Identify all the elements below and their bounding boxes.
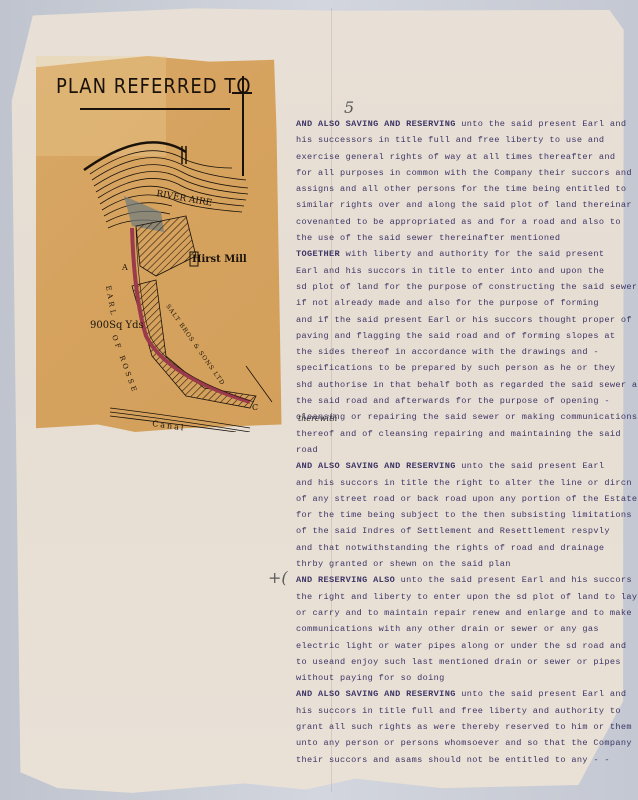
text-line: the said road and afterwards for the pur… [296, 393, 626, 409]
text-line: their succors and asams should not be en… [296, 752, 626, 768]
text-line: or carry and to maintain repair renew an… [296, 605, 626, 621]
text-line: TOGETHER with liberty and authority for … [296, 246, 626, 262]
text-line: specifications to be prepared by such pe… [296, 360, 626, 376]
typewritten-body: AND ALSO SAVING AND RESERVING unto the s… [296, 116, 626, 768]
text-line: AND ALSO SAVING AND RESERVING unto the s… [296, 116, 626, 132]
text-line: AND RESERVING ALSO unto the said present… [296, 572, 626, 588]
text-line: shd authorise in that behalf both as reg… [296, 377, 626, 393]
text-line: the sides thereof in accordance with the… [296, 344, 626, 360]
text-line: electric light or water pipes along or u… [296, 638, 626, 654]
text-line: thrby granted or shewn on the said plan [296, 556, 626, 572]
text-line: covenanted to be appropriated as and for… [296, 214, 626, 230]
text-line: communications with any other drain or s… [296, 621, 626, 637]
svg-text:EARL: EARL [104, 285, 117, 318]
text-line: exercise general rights of way at all ti… [296, 149, 626, 165]
svg-text:A: A [121, 263, 128, 272]
river-contours [84, 142, 248, 228]
svg-text:C: C [252, 403, 258, 412]
text-line: and that notwithstanding the rights of r… [296, 540, 626, 556]
text-line: thereof and of cleansing repairing and m… [296, 426, 626, 442]
text-line: the right and liberty to enter upon the … [296, 589, 626, 605]
text-line: his succors in title full and free liber… [296, 703, 626, 719]
svg-text:RIVER AIRE: RIVER AIRE [155, 189, 212, 209]
text-line: AND ALSO SAVING AND RESERVING unto the s… [296, 686, 626, 702]
text-line: assigns and all other persons for the ti… [296, 181, 626, 197]
svg-text:900Sq Yds: 900Sq Yds [90, 320, 144, 331]
svg-text:OF ROSSE: OF ROSSE [110, 334, 139, 395]
text-line: his successors in title full and free li… [296, 132, 626, 148]
text-line: and if the said present Earl or his succ… [296, 312, 626, 328]
text-line: Earl and his succors in title to enter i… [296, 263, 626, 279]
text-line: cleansing or repairing the said sewer or… [296, 409, 626, 425]
text-line: without paying for so doing [296, 670, 626, 686]
text-line: of any street road or back road upon any… [296, 491, 626, 507]
text-line: for the time being subject to the then s… [296, 507, 626, 523]
text-line: of the said Indres of Settlement and Res… [296, 523, 626, 539]
svg-text:Hirst Mill: Hirst Mill [192, 254, 247, 265]
text-line: for all purposes in common with the Comp… [296, 165, 626, 181]
text-line: paving and flagging the said road and of… [296, 328, 626, 344]
text-line: and his succors in title the right to al… [296, 475, 626, 491]
text-line: if not already made and also for the pur… [296, 295, 626, 311]
margin-plus-annotation: +( [268, 568, 288, 587]
text-line: road [296, 442, 626, 458]
text-line: the use of the said sewer thereinafter m… [296, 230, 626, 246]
text-line: similar rights over and along the said p… [296, 197, 626, 213]
text-line: AND ALSO SAVING AND RESERVING unto the s… [296, 458, 626, 474]
text-line: grant all such rights as were thereby re… [296, 719, 626, 735]
text-line: unto any person or persons whomsoever an… [296, 735, 626, 751]
margin-number-annotation: 5 [344, 98, 354, 117]
plan-map-drawing: RIVER AIRE Hirst Mill 900Sq Yds A C Cana… [36, 56, 284, 432]
text-line: to useand enjoy such last mentioned drai… [296, 654, 626, 670]
svg-text:Canal: Canal [152, 419, 186, 432]
text-line: sd plot of land for the purpose of const… [296, 279, 626, 295]
